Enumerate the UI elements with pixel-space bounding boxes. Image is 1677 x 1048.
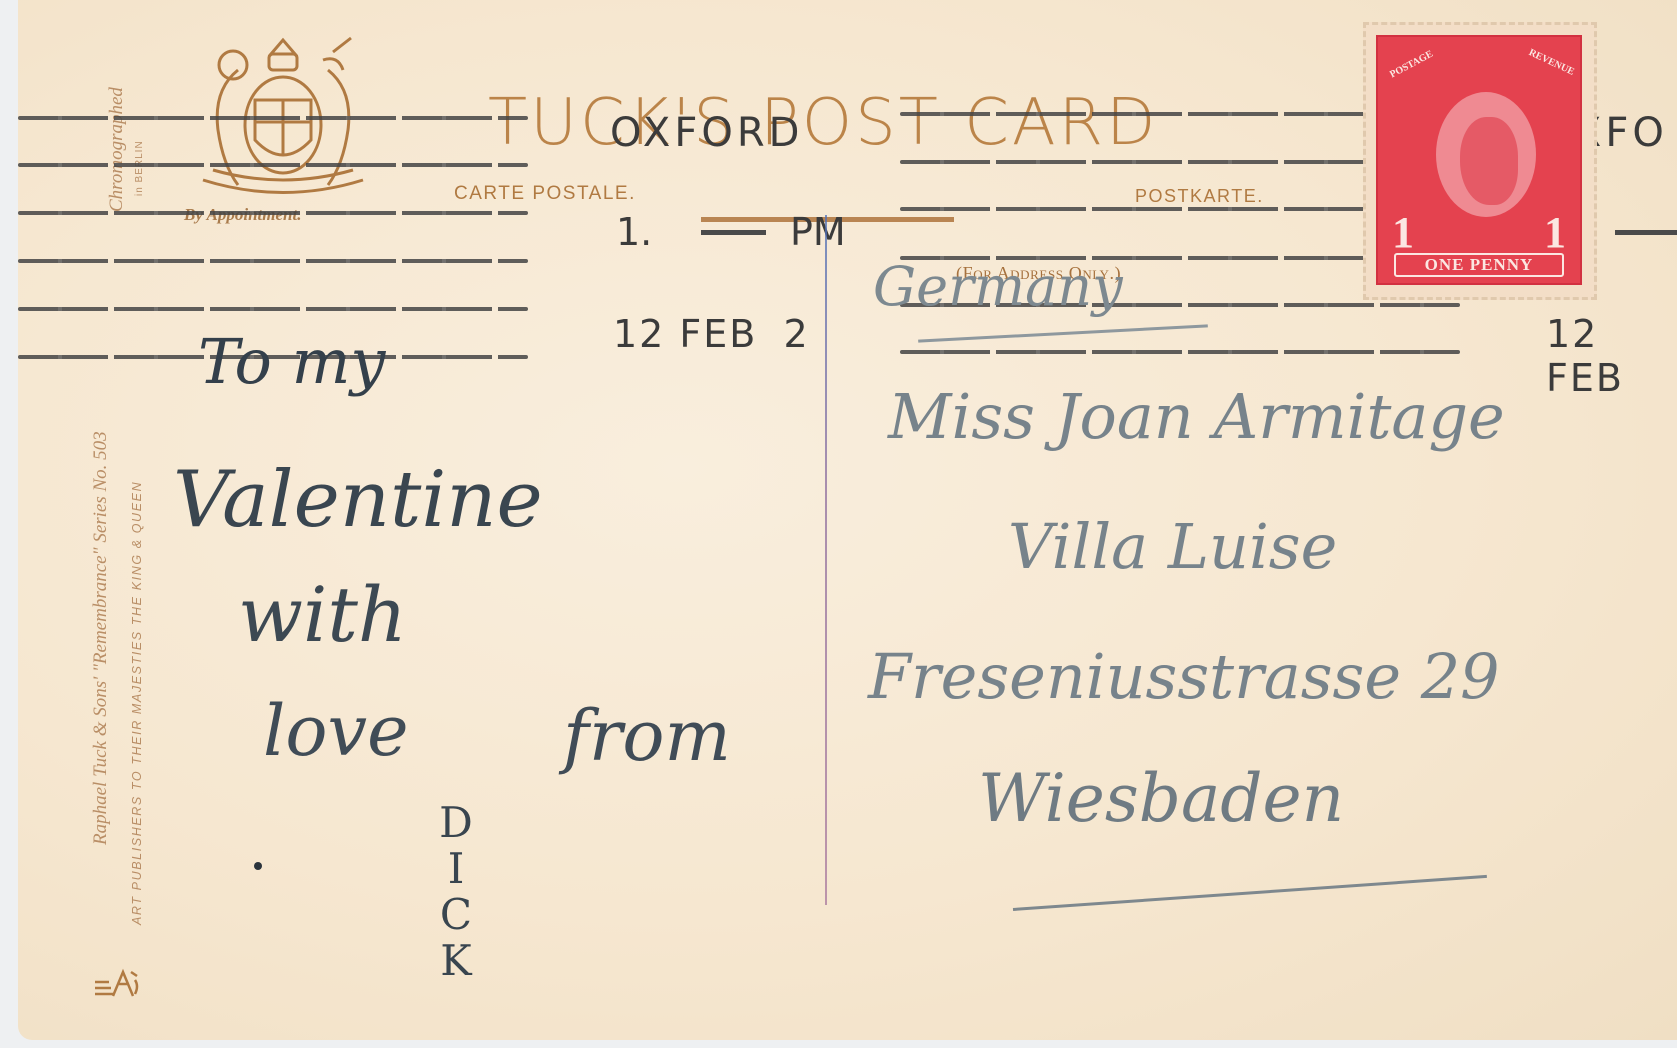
signature-letter: K: [436, 938, 476, 984]
stamp-face: POSTAGE REVENUE 1 1 ONE PENNY: [1376, 35, 1582, 285]
message-line-2: Valentine: [173, 455, 543, 545]
postmark-meridian: PM: [790, 210, 846, 254]
postmark-dash-right: [1615, 230, 1677, 235]
message-from: from: [563, 695, 731, 777]
king-portrait-icon: [1460, 117, 1518, 205]
publishers-label: ART PUBLISHERS TO THEIR MAJESTIES THE KI…: [130, 481, 144, 925]
series-label: Raphael Tuck & Sons' "Remembrance" Serie…: [90, 431, 112, 845]
postmark-date-text: 12 FEB: [613, 312, 757, 356]
postmark-dash-left: [701, 230, 766, 235]
signature-letter: D: [436, 800, 476, 846]
stamp-value-right: 1: [1544, 207, 1566, 258]
address-street: Freseniusstrasse 29: [868, 640, 1500, 713]
country-underline: [918, 324, 1208, 342]
stamp-value-left: 1: [1392, 207, 1414, 258]
address-house: Villa Luise: [1008, 510, 1337, 583]
postkarte-label: POSTKARTE.: [1135, 186, 1264, 207]
postmark-time-left: 1.: [616, 210, 652, 254]
postmark-town-left: OXFORD: [610, 110, 803, 156]
city-underline: [1013, 875, 1487, 911]
postcard-back: By Appointment. Chromographed in BERLIN …: [18, 0, 1677, 1040]
signature: D I C K: [436, 800, 476, 984]
stamp-denomination: ONE PENNY: [1394, 253, 1564, 277]
in-berlin-label: in BERLIN: [134, 140, 145, 196]
signature-letter: I: [436, 846, 476, 892]
stamp-postage-label: POSTAGE: [1388, 49, 1435, 81]
chromographed-label: Chromographed: [106, 87, 128, 212]
address-recipient: Miss Joan Armitage: [888, 380, 1505, 453]
signature-letter: C: [436, 892, 476, 938]
message-line-3: with: [238, 570, 407, 659]
postmark-year-digit: 2: [783, 312, 809, 356]
address-city: Wiesbaden: [978, 760, 1344, 837]
tuck-easel-logo-icon: [91, 966, 143, 1000]
carte-postale-label: CARTE POSTALE.: [454, 183, 636, 205]
ink-dot: [254, 862, 262, 870]
message-love: love: [263, 690, 409, 772]
address-country: Germany: [873, 255, 1123, 318]
stamp-revenue-label: REVENUE: [1527, 47, 1576, 78]
by-appointment-label: By Appointment.: [184, 205, 301, 225]
message-line-1: To my: [198, 325, 385, 398]
card-title: TUCK'S POST CARD: [488, 86, 1158, 160]
postmark-date-right: 12 FEB: [1546, 312, 1677, 400]
postage-stamp: POSTAGE REVENUE 1 1 ONE PENNY: [1363, 22, 1597, 300]
postmark-date-left: 12 FEB 2: [613, 312, 810, 356]
royal-coat-of-arms-icon: [183, 30, 383, 200]
address-divider: [825, 215, 827, 905]
